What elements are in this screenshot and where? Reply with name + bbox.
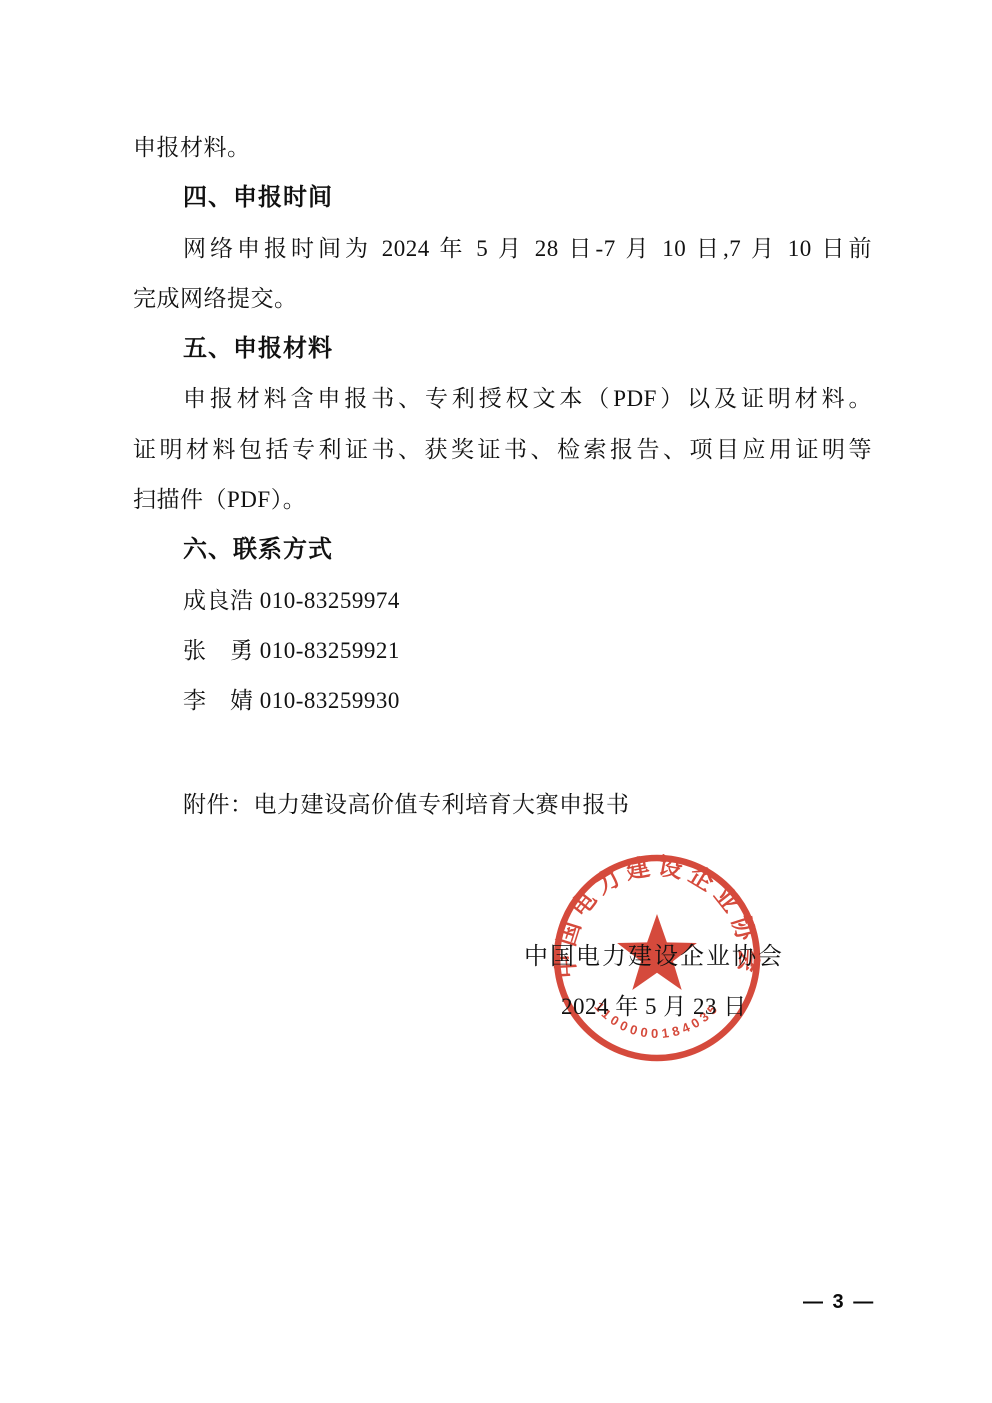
document-body: 申报材料。 四、申报时间 网络申报时间为 2024 年 5 月 28 日-7 月… bbox=[133, 123, 872, 830]
section-heading-4: 四、申报时间 bbox=[133, 173, 872, 223]
section-heading-6: 六、联系方式 bbox=[133, 525, 872, 575]
contact-line: 李 婧 010-83259930 bbox=[133, 676, 872, 726]
body-line: 完成网络提交。 bbox=[133, 274, 872, 324]
signature-date: 2024 年 5 月 23 日 bbox=[561, 988, 747, 1021]
document-page: 申报材料。 四、申报时间 网络申报时间为 2024 年 5 月 28 日-7 月… bbox=[0, 0, 992, 1403]
contact-line: 张 勇 010-83259921 bbox=[133, 626, 872, 676]
body-line: 网络申报时间为 2024 年 5 月 28 日-7 月 10 日,7 月 10 … bbox=[133, 224, 872, 274]
body-line: 申报材料。 bbox=[133, 123, 872, 173]
body-line: 申报材料含申报书、专利授权文本（PDF）以及证明材料。 bbox=[133, 374, 872, 424]
attachment-line: 附件：电力建设高价值专利培育大赛申报书 bbox=[133, 780, 872, 830]
section-heading-5: 五、申报材料 bbox=[133, 324, 872, 374]
body-line: 证明材料包括专利证书、获奖证书、检索报告、项目应用证明等 bbox=[133, 425, 872, 475]
page-number: — 3 — bbox=[803, 1291, 875, 1314]
signature-org: 中国电力建设企业协会 bbox=[524, 936, 784, 971]
body-line: 扫描件（PDF）。 bbox=[133, 475, 872, 525]
contact-line: 成良浩 010-83259974 bbox=[133, 576, 872, 626]
